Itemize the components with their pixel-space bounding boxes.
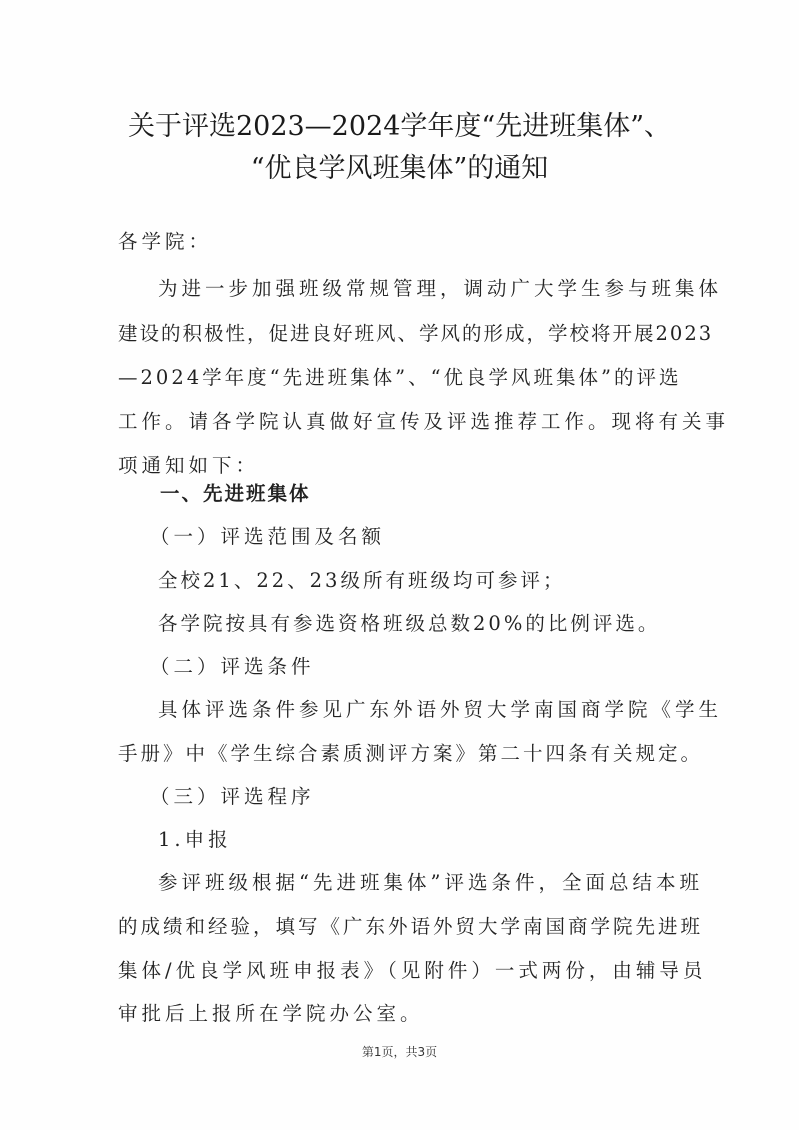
- step-1-line-4: 审批后上报所在学院办公室。: [118, 998, 424, 1026]
- step-1-heading: 1.申报: [158, 824, 232, 852]
- intro-line-5: 项通知如下：: [118, 450, 259, 478]
- section-1-sub-2-line-1: 具体评选条件参见广东外语外贸大学南国商学院《学生: [158, 694, 722, 722]
- document-page: 关于评选2023—2024学年度“先进班集体”、 “优良学风班集体”的通知 各学…: [0, 0, 799, 1130]
- salutation: 各学院：: [118, 226, 212, 254]
- step-1-line-1: 参评班级根据“先进班集体”评选条件，全面总结本班: [158, 867, 703, 895]
- document-title-line-2: “优良学风班集体”的通知: [0, 146, 799, 185]
- intro-line-1: 为进一步加强班级常规管理，调动广大学生参与班集体: [158, 273, 722, 301]
- intro-line-3: —2024学年度“先进班集体”、“优良学风班集体”的评选: [118, 362, 682, 390]
- section-1-sub-2-line-2: 手册》中《学生综合素质测评方案》第二十四条有关规定。: [118, 738, 703, 766]
- step-1-line-2: 的成绩和经验，填写《广东外语外贸大学南国商学院先进班: [118, 911, 703, 939]
- section-1-heading: 一、先进班集体: [160, 478, 311, 506]
- intro-line-2: 建设的积极性，促进良好班风、学风的形成，学校将开展2023: [118, 318, 713, 346]
- intro-line-4: 工作。请各学院认真做好宣传及评选推荐工作。现将有关事: [118, 406, 729, 434]
- document-title-line-1: 关于评选2023—2024学年度“先进班集体”、: [0, 104, 799, 143]
- page-footer: 第1页，共3页: [0, 1043, 799, 1060]
- section-1-sub-2-heading: （二）评选条件: [150, 651, 315, 679]
- section-1-sub-1-heading: （一）评选范围及名额: [150, 521, 385, 549]
- section-1-sub-3-heading: （三）评选程序: [150, 781, 315, 809]
- section-1-sub-1-line-1: 全校21、22、23级所有班级均可参评；: [158, 565, 565, 593]
- section-1-sub-1-line-2: 各学院按具有参选资格班级总数20%的比例评选。: [158, 608, 660, 636]
- step-1-line-3: 集体/优良学风班申报表》（见附件）一式两份，由辅导员: [118, 955, 706, 983]
